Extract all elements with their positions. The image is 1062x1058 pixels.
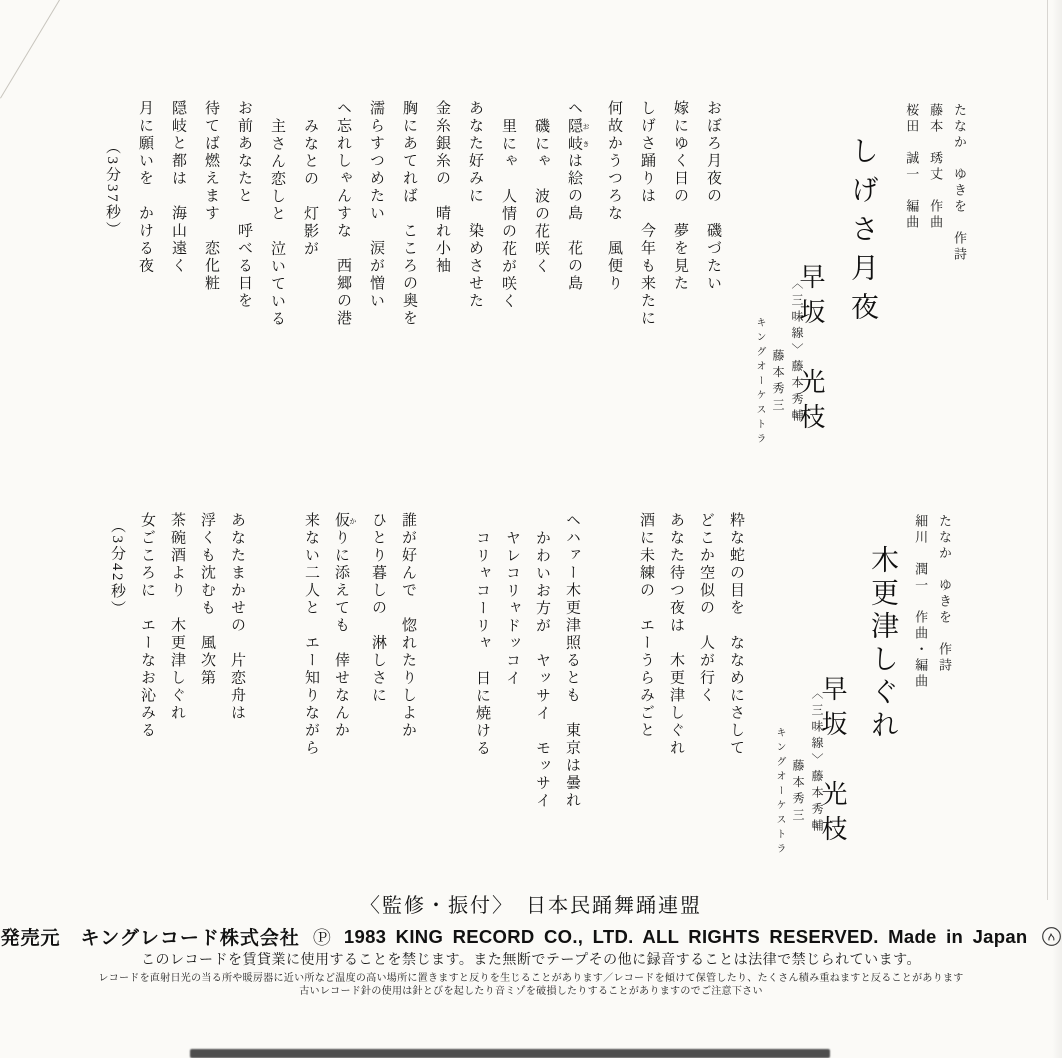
lyric-line: 粋な蛇の目を ななめにさして bbox=[727, 512, 745, 810]
song-title: 木更津しぐれ bbox=[862, 545, 902, 743]
songwriter-credits: たなか ゆきを 作詩細川 潤一 作曲・編曲 bbox=[904, 514, 952, 690]
lyric-line: あなたまかせの 片恋舟は bbox=[228, 512, 246, 810]
lyric-line: ヤレコリャドッコイ bbox=[503, 512, 521, 810]
lyric-line: あなた待つ夜は 木更津しぐれ bbox=[667, 512, 685, 810]
songwriter-credits: たなか ゆきを 作詩藤本 琇丈 作曲桜田 誠一 編曲 bbox=[895, 103, 967, 263]
lyric-line: 来ない二人と エー知りながら bbox=[302, 512, 320, 810]
lyric-line: 女ごころに エーなお沁みる bbox=[138, 512, 156, 810]
lyric-line: ヘハァー木更津照るとも 東京は曇れ bbox=[563, 512, 581, 810]
lyric-line: 待てば燃えます 恋化粧 bbox=[202, 100, 220, 328]
scan-artifact-line bbox=[1047, 0, 1048, 900]
p-in-circle-mark: Ⓟ bbox=[313, 924, 331, 950]
shamisen-credit-second: 藤本秀三 bbox=[770, 277, 785, 448]
publisher-row: 発売元 キングレコード株式会社 Ⓟ 1983 KING RECORD CO., … bbox=[0, 923, 1062, 950]
supervision-credit: 〈監修・振付〉 日本民踊舞踊連盟 bbox=[0, 889, 1062, 918]
lyrics-block: おぼろ月夜の 磯づたい嫁にゆく日の 夢を見たしげさ踊りは 今年も来たに何故かうつ… bbox=[88, 100, 722, 328]
credit-line: たなか ゆきを 作詩 bbox=[935, 514, 952, 690]
copyright-text: 1983 KING RECORD CO., LTD. ALL RIGHTS RE… bbox=[344, 926, 1028, 948]
rental-warning-text: このレコードを賃貸業に使用することを禁じます。また無断でテープその他に録音するこ… bbox=[0, 949, 1062, 969]
lyrics-block: 粋な蛇の目を ななめにさしてどこか空似の 人が行くあなた待つ夜は 木更津しぐれ酒… bbox=[96, 512, 745, 810]
lyric-line: 酒に未練の エーうらみごと bbox=[637, 512, 655, 810]
orchestra-credit: キングオーケストラ bbox=[753, 277, 766, 448]
credit-line: 桜田 誠一 編曲 bbox=[902, 103, 919, 263]
care-warning-text-2: 古いレコード針の使用は針とびを起したり音ミゾを破損したりすることがありますのでご… bbox=[0, 982, 1062, 997]
lyric-line: 主さん恋しと 泣いている bbox=[268, 100, 286, 328]
lyric-line: 濡らすつめたい 涙が憎い bbox=[367, 100, 385, 328]
lyric-line: 胸にあてれば こころの奥を bbox=[400, 100, 418, 328]
scan-bottom-bar bbox=[190, 1049, 830, 1058]
ensemble-credits: 〈三味線〉藤本秀輔 藤本秀三 キングオーケストラ bbox=[773, 687, 824, 858]
song-title: しげさ月夜 bbox=[842, 136, 882, 331]
lyric-line: どこか空似の 人が行く bbox=[697, 512, 715, 810]
lyric-line: 月に願いを かける夜 bbox=[136, 100, 154, 328]
lyric-line: 茶碗酒より 木更津しぐれ bbox=[168, 512, 186, 810]
credit-line: 細川 潤一 作曲・編曲 bbox=[911, 514, 928, 690]
lyric-line: コリャコーリャ 日に焼ける bbox=[473, 512, 491, 810]
credit-line: 藤本 琇丈 作曲 bbox=[926, 103, 943, 263]
lyric-line: 金糸銀糸の 晴れ小袖 bbox=[433, 100, 451, 328]
lyric-line: みなとの 灯影が bbox=[301, 100, 319, 328]
credit-line: たなか ゆきを 作詩 bbox=[950, 103, 967, 263]
orchestra-credit: キングオーケストラ bbox=[773, 687, 786, 858]
lyric-line: ひとり暮しの 淋しさに bbox=[369, 512, 387, 810]
lyric-line: おぼろ月夜の 磯づたい bbox=[704, 100, 722, 328]
lyric-line: 浮くも沈むも 風次第 bbox=[198, 512, 216, 810]
ensemble-credits: 〈三味線〉藤本秀輔 藤本秀三 キングオーケストラ bbox=[753, 277, 804, 448]
shamisen-credit-second: 藤本秀三 bbox=[790, 687, 805, 858]
duration-note: （3分37秒） bbox=[103, 100, 121, 328]
lyric-line: ヘ忘れしゃんすな 西郷の港 bbox=[334, 100, 352, 328]
lyric-line: 嫁にゆく日の 夢を見た bbox=[671, 100, 689, 328]
lyric-line: ヘ隠岐おきは絵の島 花の島 bbox=[565, 100, 590, 328]
lyric-line: 里にゃ 人情の花が咲く bbox=[499, 100, 517, 328]
lyric-line: 何故かうつろな 風便り bbox=[605, 100, 623, 328]
lyric-line: 磯にゃ 波の花咲く bbox=[532, 100, 550, 328]
shamisen-credit: 〈三味線〉藤本秀輔 bbox=[789, 277, 804, 448]
duration-note: （3分42秒） bbox=[108, 512, 126, 810]
lyric-line: しげさ踊りは 今年も来たに bbox=[638, 100, 656, 328]
king-record-logo-icon bbox=[1041, 926, 1062, 947]
record-sleeve-back: たなか ゆきを 作詩藤本 琇丈 作曲桜田 誠一 編曲 しげさ月夜 早坂 光枝 〈… bbox=[0, 0, 1062, 1058]
publisher-name: 発売元 キングレコード株式会社 bbox=[0, 923, 299, 950]
lyric-line: 仮かりに添えても 倖せなんか bbox=[332, 512, 357, 810]
lyric-line: お前あなたと 呼べる日を bbox=[235, 100, 253, 328]
shamisen-credit: 〈三味線〉藤本秀輔 bbox=[809, 687, 824, 858]
lyric-line: 誰が好んで 惚れたりしよか bbox=[399, 512, 417, 810]
sleeve-crease-line bbox=[0, 0, 61, 99]
lyric-line: あなた好みに 染めさせた bbox=[466, 100, 484, 328]
lyric-line: 隠岐と都は 海山遠く bbox=[169, 100, 187, 328]
lyric-line: かわいお方が ヤッサイ モッサイ bbox=[533, 512, 551, 810]
